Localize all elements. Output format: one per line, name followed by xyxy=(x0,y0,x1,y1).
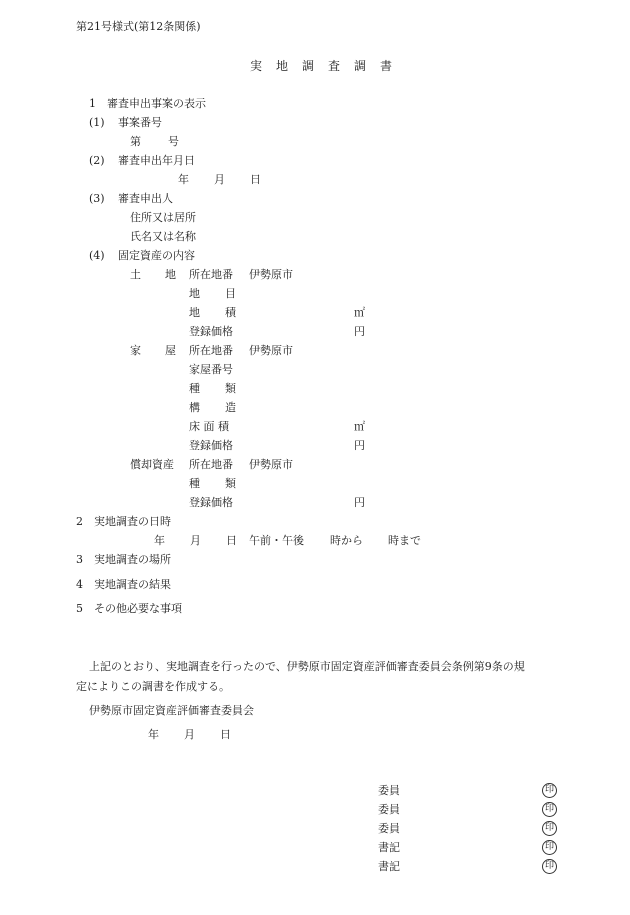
house-floor-label: 床 面 積 xyxy=(189,420,229,434)
item1-label: (1) xyxy=(89,116,105,130)
house-floor-unit: ㎡ xyxy=(354,420,365,434)
signature-role: 書記 xyxy=(378,860,400,874)
section2-year: 年 xyxy=(154,534,165,548)
depreciable-kind1: 種 xyxy=(189,477,200,491)
section5-heading: 5 その他必要な事項 xyxy=(76,602,182,616)
section2-heading: 2 実地調査の日時 xyxy=(76,515,171,529)
item4-label: (4) xyxy=(89,249,105,263)
item4-text: 固定資産の内容 xyxy=(118,249,195,263)
depreciable-cat: 償却資産 xyxy=(130,458,174,472)
statement-line2: 定によりこの調書を作成する。 xyxy=(76,680,230,694)
house-price-label: 登録価格 xyxy=(189,439,233,453)
date-year: 年 xyxy=(148,728,159,742)
house-cat1: 家 xyxy=(130,344,141,358)
date-month: 月 xyxy=(184,728,195,742)
land-cat2: 地 xyxy=(165,268,176,282)
depreciable-kind2: 類 xyxy=(225,477,236,491)
house-struct1: 構 xyxy=(189,401,200,415)
section2-day: 日 xyxy=(226,534,237,548)
section3-heading: 3 実地調査の場所 xyxy=(76,553,171,567)
committee-name: 伊勢原市固定資産評価審査委員会 xyxy=(89,704,254,718)
form-number: 第21号様式(第12条関係) xyxy=(76,20,201,34)
item3-name: 氏名又は名称 xyxy=(130,230,196,244)
land-price-label: 登録価格 xyxy=(189,325,233,339)
depreciable-location-label: 所在地番 xyxy=(189,458,233,472)
item2-day: 日 xyxy=(250,173,261,187)
date-day: 日 xyxy=(220,728,231,742)
item3-label: (3) xyxy=(89,192,105,206)
section2-month: 月 xyxy=(190,534,201,548)
section4-heading: 4 実地調査の結果 xyxy=(76,578,171,592)
land-area2: 積 xyxy=(225,306,236,320)
section2-ampm: 午前・午後 xyxy=(249,534,304,548)
item1-go: 号 xyxy=(168,135,179,149)
signature-role: 書記 xyxy=(378,841,400,855)
item2-month: 月 xyxy=(214,173,225,187)
seal-icon: 印 xyxy=(542,802,557,817)
land-cat1: 土 xyxy=(130,268,141,282)
item1-text: 事案番号 xyxy=(118,116,162,130)
signature-role: 委員 xyxy=(378,784,400,798)
depreciable-price-unit: 円 xyxy=(354,496,365,510)
land-price-unit: 円 xyxy=(354,325,365,339)
signature-role: 委員 xyxy=(378,822,400,836)
house-cat2: 屋 xyxy=(165,344,176,358)
seal-icon: 印 xyxy=(542,840,557,855)
item1-dai: 第 xyxy=(130,135,141,149)
statement-line1: 上記のとおり、実地調査を行ったので、伊勢原市固定資産評価審査委員会条例第9条の規 xyxy=(89,660,525,674)
house-location-label: 所在地番 xyxy=(189,344,233,358)
document-title: 実地調査調書 xyxy=(250,59,406,73)
house-kind1: 種 xyxy=(189,382,200,396)
depreciable-location-value: 伊勢原市 xyxy=(249,458,293,472)
house-price-unit: 円 xyxy=(354,439,365,453)
land-location-value: 伊勢原市 xyxy=(249,268,293,282)
section2-to: 時まで xyxy=(388,534,421,548)
section2-from: 時から xyxy=(330,534,363,548)
item3-text: 審査申出人 xyxy=(118,192,173,206)
item3-address: 住所又は居所 xyxy=(130,211,196,225)
depreciable-price-label: 登録価格 xyxy=(189,496,233,510)
land-area1: 地 xyxy=(189,306,200,320)
seal-icon: 印 xyxy=(542,821,557,836)
section1-heading: 1 審査申出事案の表示 xyxy=(89,97,206,111)
house-kind2: 類 xyxy=(225,382,236,396)
land-chimoku2: 目 xyxy=(225,287,236,301)
item2-year: 年 xyxy=(178,173,189,187)
seal-icon: 印 xyxy=(542,859,557,874)
land-area-unit: ㎡ xyxy=(354,306,365,320)
item2-label: (2) xyxy=(89,154,105,168)
house-struct2: 造 xyxy=(225,401,236,415)
seal-icon: 印 xyxy=(542,783,557,798)
land-location-label: 所在地番 xyxy=(189,268,233,282)
signature-role: 委員 xyxy=(378,803,400,817)
house-number-label: 家屋番号 xyxy=(189,363,233,377)
land-chimoku1: 地 xyxy=(189,287,200,301)
house-location-value: 伊勢原市 xyxy=(249,344,293,358)
item2-text: 審査申出年月日 xyxy=(118,154,195,168)
